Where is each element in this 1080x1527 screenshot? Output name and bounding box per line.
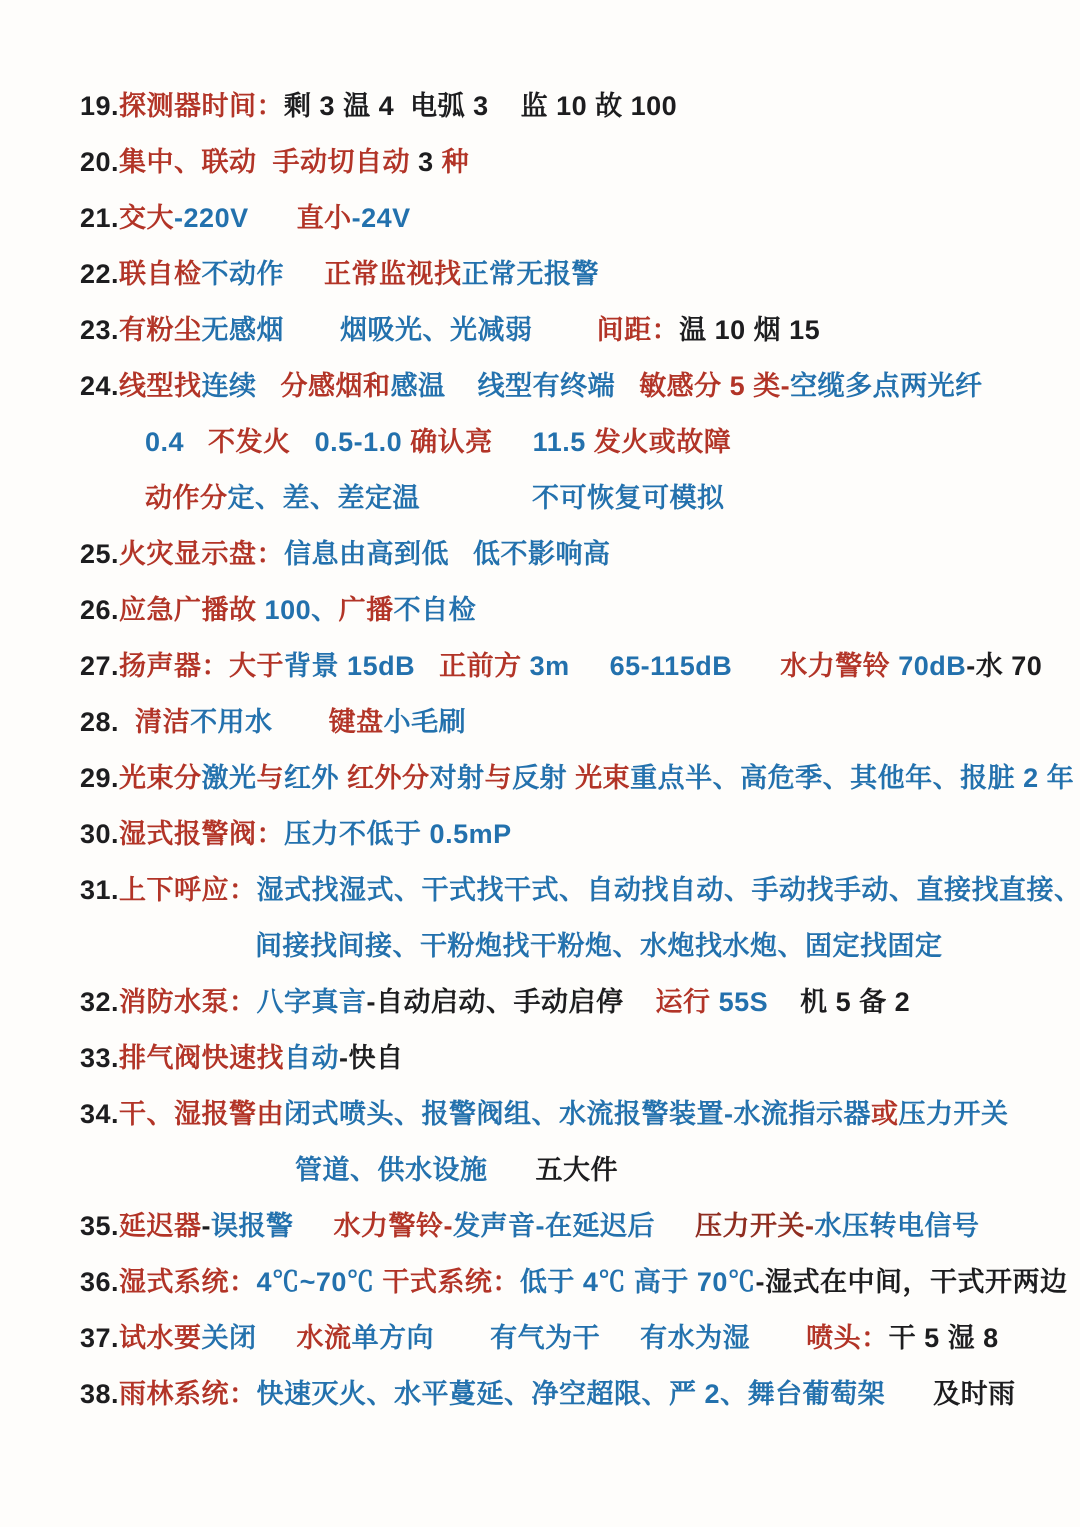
text-segment: 运行 bbox=[624, 987, 711, 1017]
text-segment: 关闭 bbox=[202, 1323, 257, 1353]
text-segment: 干、湿报警由 bbox=[119, 1099, 284, 1129]
text-segment: 及时雨 bbox=[885, 1379, 1016, 1409]
text-segment: 有气为干 bbox=[434, 1323, 600, 1353]
text-segment: 11.5 bbox=[493, 427, 586, 457]
document-page: 19.探测器时间：剩 3 温 4 电弧 3 监 10 故 10020.集中、联动… bbox=[0, 0, 1080, 1527]
text-segment: -自动启动、手动启停 bbox=[367, 987, 624, 1017]
text-segment: -快自 bbox=[339, 1043, 404, 1073]
note-line-1: 19.探测器时间：剩 3 温 4 电弧 3 监 10 故 100 bbox=[80, 78, 1040, 134]
text-segment: 试水要 bbox=[119, 1323, 202, 1353]
note-line-10: 26.应急广播故 100、广播不自检 bbox=[80, 582, 1040, 638]
note-line-20: 管道、供水设施 五大件 bbox=[80, 1142, 1040, 1198]
text-segment: 水压转电信号 bbox=[815, 1211, 980, 1241]
text-segment: 红外 bbox=[284, 763, 339, 793]
text-segment: 压力不低于 0.5mP bbox=[284, 819, 512, 849]
text-segment: 32. bbox=[80, 987, 119, 1017]
text-segment: 信息由高到低 bbox=[284, 539, 449, 569]
text-segment: 干式系统： bbox=[374, 1267, 520, 1297]
text-segment: 34. bbox=[80, 1099, 119, 1129]
text-segment: 与 bbox=[485, 763, 513, 793]
text-segment: 联自检 bbox=[119, 259, 202, 289]
text-segment: 31. bbox=[80, 875, 119, 905]
text-segment: 连续 bbox=[202, 371, 257, 401]
text-segment: 干 5 湿 8 bbox=[889, 1323, 999, 1353]
note-line-16: 间接找间接、干粉炮找干粉炮、水炮找水炮、固定找固定 bbox=[80, 918, 1040, 974]
text-segment: 大于 bbox=[229, 651, 284, 681]
text-segment: 不动作 bbox=[202, 259, 285, 289]
text-segment: 发火或故障 bbox=[586, 427, 732, 457]
text-segment: 排气阀快速找 bbox=[119, 1043, 284, 1073]
text-segment: 压力开关- bbox=[655, 1211, 815, 1241]
text-segment: 23. bbox=[80, 315, 119, 345]
text-segment: 26. bbox=[80, 595, 119, 625]
note-line-23: 37.试水要关闭 水流单方向 有气为干 有水为湿 喷头：干 5 湿 8 bbox=[80, 1310, 1040, 1366]
note-line-7: 0.4 不发火 0.5-1.0 确认亮 11.5 发火或故障 bbox=[80, 414, 1040, 470]
text-segment: 八字真言 bbox=[257, 987, 367, 1017]
text-segment: 背景 15dB bbox=[284, 651, 415, 681]
text-segment: 36. bbox=[80, 1267, 119, 1297]
note-line-19: 34.干、湿报警由闭式喷头、报警阀组、水流报警装置-水流指示器或压力开关 bbox=[80, 1086, 1040, 1142]
text-segment: 直小 bbox=[249, 203, 352, 233]
text-segment: 反射 bbox=[512, 763, 567, 793]
text-segment: 低于 4℃ 高于 70℃ bbox=[520, 1267, 756, 1297]
text-segment: 延迟器 bbox=[119, 1211, 202, 1241]
text-segment: 35. bbox=[80, 1211, 119, 1241]
text-segment: 间距： bbox=[533, 315, 680, 345]
text-segment: 扬声器： bbox=[119, 651, 229, 681]
text-segment: 消防水泵： bbox=[119, 987, 257, 1017]
text-segment: 3 bbox=[410, 147, 442, 177]
note-line-24: 38.雨林系统：快速灭火、水平蔓延、净空超限、严 2、舞台葡萄架 及时雨 bbox=[80, 1366, 1040, 1422]
notes-list: 19.探测器时间：剩 3 温 4 电弧 3 监 10 故 10020.集中、联动… bbox=[0, 0, 1080, 1422]
text-segment: 管道、供水设施 bbox=[295, 1155, 488, 1185]
text-segment: 定、差、差定温 bbox=[228, 483, 421, 513]
note-line-11: 27.扬声器：大于背景 15dB 正前方 3m 65-115dB 水力警铃 70… bbox=[80, 638, 1040, 694]
text-segment: 光束分 bbox=[119, 763, 202, 793]
text-segment: 19. bbox=[80, 91, 119, 121]
text-segment: 不用水 bbox=[190, 707, 273, 737]
text-segment: 21. bbox=[80, 203, 119, 233]
text-segment: 65-115dB bbox=[570, 651, 733, 681]
text-segment: 小毛刷 bbox=[384, 707, 467, 737]
note-line-9: 25.火灾显示盘：信息由高到低 低不影响高 bbox=[80, 526, 1040, 582]
text-segment: 误报警 bbox=[211, 1211, 294, 1241]
text-segment: 交大 bbox=[119, 203, 174, 233]
text-segment: -24V bbox=[352, 203, 411, 233]
text-segment: 闭式喷头、报警阀组、水流报警装置-水流指示器 bbox=[284, 1099, 871, 1129]
note-line-14: 30.湿式报警阀：压力不低于 0.5mP bbox=[80, 806, 1040, 862]
text-segment: 29. bbox=[80, 763, 119, 793]
text-segment: 70dB bbox=[890, 651, 966, 681]
text-segment: 20. bbox=[80, 147, 119, 177]
text-segment: 剩 3 温 4 电弧 3 监 10 故 100 bbox=[284, 91, 677, 121]
text-segment: 空缆多点两光纤 bbox=[790, 371, 983, 401]
text-segment: 温 10 烟 15 bbox=[679, 315, 820, 345]
text-segment: 单方向 bbox=[352, 1323, 435, 1353]
text-segment: 敏感分 5 类- bbox=[615, 371, 790, 401]
text-segment: 有粉尘 bbox=[119, 315, 202, 345]
text-segment: 无感烟 bbox=[202, 315, 285, 345]
text-segment: 0.4 bbox=[145, 427, 184, 457]
text-segment: 或 bbox=[871, 1099, 899, 1129]
text-segment: 湿式系统： bbox=[119, 1267, 257, 1297]
text-segment: 水力警铃 bbox=[732, 651, 890, 681]
text-segment: 自动 bbox=[284, 1043, 339, 1073]
text-segment: 线型找 bbox=[119, 371, 202, 401]
note-line-15: 31.上下呼应：湿式找湿式、干式找干式、自动找自动、手动找手动、直接找直接、 bbox=[80, 862, 1040, 918]
text-segment: 37. bbox=[80, 1323, 119, 1353]
text-segment: 30. bbox=[80, 819, 119, 849]
text-segment: 水力警铃- bbox=[294, 1211, 454, 1241]
note-line-5: 23.有粉尘无感烟 烟吸光、光减弱 间距：温 10 烟 15 bbox=[80, 302, 1040, 358]
text-segment: 低不影响高 bbox=[449, 539, 611, 569]
text-segment: 28. bbox=[80, 707, 119, 737]
text-segment: 有水为湿 bbox=[600, 1323, 750, 1353]
text-segment: 五大件 bbox=[488, 1155, 619, 1185]
text-segment: 4℃~70℃ bbox=[257, 1267, 375, 1297]
text-segment: 压力开关 bbox=[899, 1099, 1009, 1129]
text-segment: 雨林系统： bbox=[119, 1379, 257, 1409]
text-segment: 线型有终端 bbox=[446, 371, 616, 401]
text-segment: 发声音-在延迟后 bbox=[453, 1211, 655, 1241]
text-segment: 确认亮 bbox=[402, 427, 493, 457]
text-segment: 键盘 bbox=[273, 707, 384, 737]
text-segment: 不自检 bbox=[394, 595, 477, 625]
text-segment: 快速灭火、水平蔓延、净空超限、严 2、舞台葡萄架 bbox=[257, 1379, 886, 1409]
note-line-13: 29.光束分激光与红外 红外分对射与反射 光束重点半、高危季、其他年、报脏 2 … bbox=[80, 750, 1040, 806]
text-segment: 分感烟和 bbox=[257, 371, 391, 401]
text-segment: 3m bbox=[522, 651, 570, 681]
text-segment: 正常监视找 bbox=[284, 259, 462, 289]
text-segment: 机 5 备 2 bbox=[768, 987, 910, 1017]
text-segment: 广播 bbox=[339, 595, 394, 625]
text-segment: -220V bbox=[174, 203, 249, 233]
text-segment: 不发火 bbox=[184, 427, 291, 457]
text-segment: 正常无报警 bbox=[462, 259, 600, 289]
note-line-6: 24.线型找连续 分感烟和感温 线型有终端 敏感分 5 类-空缆多点两光纤 bbox=[80, 358, 1040, 414]
text-segment: 正前方 bbox=[415, 651, 522, 681]
text-segment: 33. bbox=[80, 1043, 119, 1073]
text-segment: 火灾显示盘： bbox=[119, 539, 284, 569]
note-line-4: 22.联自检不动作 正常监视找正常无报警 bbox=[80, 246, 1040, 302]
text-segment: 应急广播故 bbox=[119, 595, 257, 625]
text-segment: 与 bbox=[257, 763, 285, 793]
text-segment: - bbox=[202, 1211, 212, 1241]
text-segment: 100、 bbox=[257, 595, 339, 625]
text-segment: 感温 bbox=[391, 371, 446, 401]
text-segment: 上下呼应： bbox=[119, 875, 257, 905]
text-segment: 喷头： bbox=[750, 1323, 889, 1353]
note-line-3: 21.交大-220V 直小-24V bbox=[80, 190, 1040, 246]
text-segment: 集中、联动 手动切自动 bbox=[119, 147, 410, 177]
text-segment: 清洁 bbox=[119, 707, 190, 737]
note-line-8: 动作分定、差、差定温 不可恢复可模拟 bbox=[80, 470, 1040, 526]
text-segment: 种 bbox=[442, 147, 470, 177]
text-segment: -湿式在中间，干式开两边 bbox=[755, 1267, 1067, 1297]
text-segment: 38. bbox=[80, 1379, 119, 1409]
note-line-18: 33.排气阀快速找自动-快自 bbox=[80, 1030, 1040, 1086]
text-segment: 光束 bbox=[567, 763, 630, 793]
text-segment: 湿式报警阀： bbox=[119, 819, 284, 849]
text-segment: 动作分 bbox=[145, 483, 228, 513]
note-line-22: 36.湿式系统：4℃~70℃ 干式系统：低于 4℃ 高于 70℃-湿式在中间，干… bbox=[80, 1254, 1040, 1310]
text-segment: 水流 bbox=[257, 1323, 352, 1353]
text-segment: 激光 bbox=[202, 763, 257, 793]
note-line-12: 28. 清洁不用水 键盘小毛刷 bbox=[80, 694, 1040, 750]
text-segment: 湿式找湿式、干式找干式、自动找自动、手动找手动、直接找直接、 bbox=[257, 875, 1080, 905]
note-line-2: 20.集中、联动 手动切自动 3 种 bbox=[80, 134, 1040, 190]
note-line-17: 32.消防水泵：八字真言-自动启动、手动启停 运行 55S 机 5 备 2 bbox=[80, 974, 1040, 1030]
text-segment: -水 70 bbox=[966, 651, 1042, 681]
text-segment: 探测器时间： bbox=[119, 91, 284, 121]
text-segment: 重点半、高危季、其他年、报脏 2 年 bbox=[630, 763, 1074, 793]
text-segment: 红外分 bbox=[339, 763, 430, 793]
text-segment: 对射 bbox=[430, 763, 485, 793]
text-segment: 24. bbox=[80, 371, 119, 401]
text-segment: 55S bbox=[711, 987, 769, 1017]
text-segment: 0.5-1.0 bbox=[291, 427, 403, 457]
text-segment: 27. bbox=[80, 651, 119, 681]
text-segment: 烟吸光、光减弱 bbox=[284, 315, 533, 345]
text-segment: 22. bbox=[80, 259, 119, 289]
text-segment: 间接找间接、干粉炮找干粉炮、水炮找水炮、固定找固定 bbox=[255, 931, 943, 961]
text-segment: 不可恢复可模拟 bbox=[420, 483, 725, 513]
text-segment: 25. bbox=[80, 539, 119, 569]
note-line-21: 35.延迟器-误报警 水力警铃-发声音-在延迟后 压力开关-水压转电信号 bbox=[80, 1198, 1040, 1254]
